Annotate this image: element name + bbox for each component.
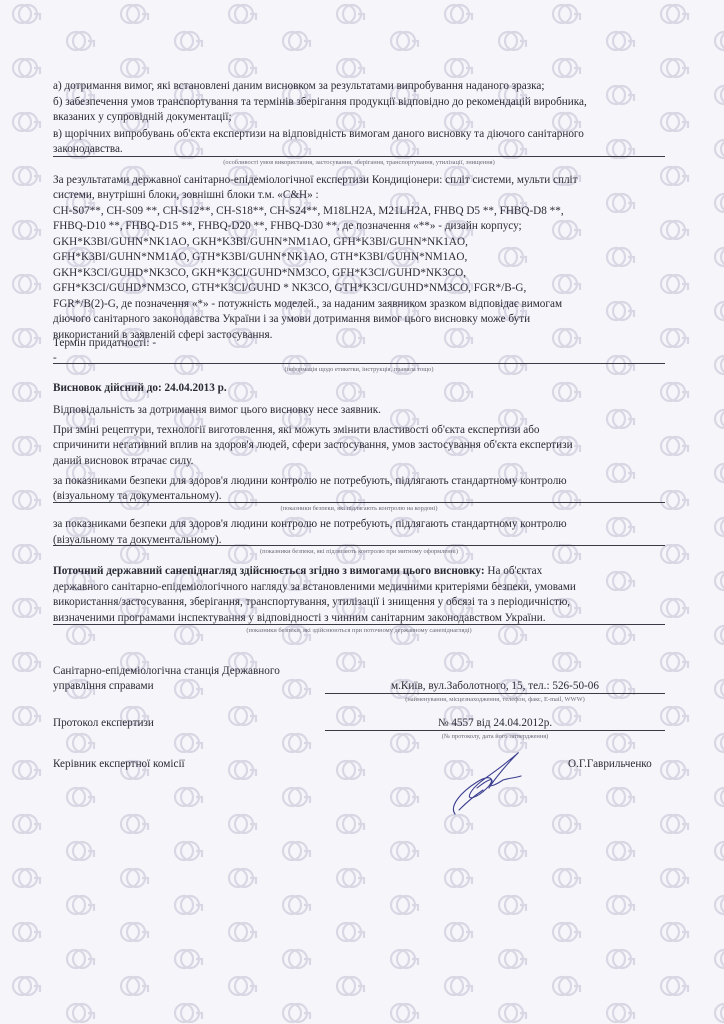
supervision-heading: Поточний державний санепіднагляд здійсню… bbox=[53, 565, 485, 577]
requirement-a: а) дотримання вимог, які встановлені дан… bbox=[53, 79, 544, 94]
shelf-life-label: Термін придатності: - bbox=[53, 336, 156, 351]
change-clause-line: даний висновок втрачає силу. bbox=[53, 454, 193, 469]
shelf-life-caption: (інформація щодо етикетки, інструкція, п… bbox=[53, 366, 665, 374]
results-line: GFH*K3BI/GUHN*NM1AO, GTH*K3BI/GUHN*NK1AO… bbox=[53, 250, 467, 265]
responsibility-text: Відповідальність за дотримання вимог цьо… bbox=[53, 403, 381, 418]
protocol-caption: (№ протоколу, дата його затвердження) bbox=[325, 733, 665, 741]
results-line: діючого санітарного законодавства Україн… bbox=[53, 312, 530, 327]
change-clause-line: При зміні рецептури, технології виготовл… bbox=[53, 423, 540, 438]
divider bbox=[53, 545, 665, 546]
results-line: системи, внутрішні блоки, зовнішні блоки… bbox=[53, 188, 319, 203]
head-name: О.Г.Гаврильченко bbox=[568, 757, 652, 772]
results-line: GKH*K3CI/GUHD*NK3CO, GKH*K3CI/GUHD*NM3CO… bbox=[53, 266, 466, 281]
divider bbox=[53, 624, 665, 625]
supervision-line-1: Поточний державний санепіднагляд здійсню… bbox=[53, 564, 542, 579]
divider bbox=[53, 156, 665, 157]
results-line: GFH*K3CI/GUHD*NM3CO, GTH*K3CI/GUHD * NK3… bbox=[53, 281, 526, 296]
head-label: Керівник експертної комісії bbox=[53, 757, 185, 772]
station-caption: (найменування, місцезнаходження, телефон… bbox=[325, 696, 665, 704]
supervision-text: На об'єктах bbox=[485, 565, 543, 577]
results-line: CH-S07**, CH-S09 **, CH-S12**, CH-S18**,… bbox=[53, 204, 564, 219]
requirement-c: в) щорічних випробувань об'єкта експерти… bbox=[53, 127, 584, 142]
station-name-line: управління справами bbox=[53, 679, 154, 694]
customs-control-line: за показниками безпеки для здоров'я люди… bbox=[53, 517, 567, 532]
customs-control-caption: (показники безпеки, які підлягають контр… bbox=[53, 548, 665, 556]
supervision-line: використання/застосування, зберігання, т… bbox=[53, 595, 570, 610]
border-control-caption: (показники безпеки, які підлягають контр… bbox=[53, 505, 665, 513]
signature bbox=[447, 748, 537, 818]
border-control-line: за показниками безпеки для здоров'я люди… bbox=[53, 474, 567, 489]
station-name-line: Санітарно-епідеміологічна станція Держав… bbox=[53, 664, 280, 679]
supervision-caption: (показники безпеки, які здійснюються при… bbox=[53, 627, 665, 635]
protocol-label: Протокол експертизи bbox=[53, 716, 154, 731]
divider bbox=[325, 693, 665, 694]
shelf-life-value: - bbox=[53, 351, 57, 366]
results-line: За результатами державної санітарно-епід… bbox=[53, 173, 578, 188]
customs-control-line: (візуальному та документальному). bbox=[53, 533, 222, 548]
divider bbox=[53, 502, 665, 503]
valid-until: Висновок дійсний до: 24.04.2013 р. bbox=[53, 381, 227, 396]
results-line: FHBQ-D10 **, FHBQ-D15 **, FHBQ-D20 **, F… bbox=[53, 219, 522, 234]
requirement-b: б) забезпечення умов транспортування та … bbox=[53, 95, 587, 110]
supervision-line: державного санітарно-епідеміологічного н… bbox=[53, 580, 576, 595]
results-line: GKH*K3BI/GUHN*NK1AO, GKH*K3BI/GUHN*NM1AO… bbox=[53, 235, 468, 250]
divider bbox=[325, 730, 665, 731]
change-clause-line: спричинити негативний вплив на здоров'я … bbox=[53, 438, 573, 453]
requirements-caption: (особливості умов використання, застосув… bbox=[53, 159, 665, 167]
results-line: FGR*/B(2)-G, де позначення «*» - потужні… bbox=[53, 297, 562, 312]
divider bbox=[53, 363, 665, 364]
requirement-b-cont: вказаних у супровідній документації; bbox=[53, 110, 232, 125]
